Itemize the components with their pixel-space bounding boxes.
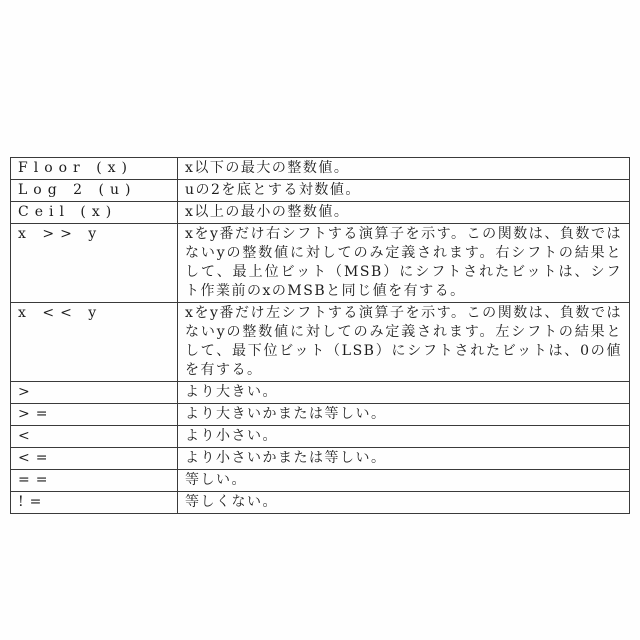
term-cell: > bbox=[11, 382, 178, 404]
definition-cell: x以下の最大の整数値。 bbox=[178, 158, 630, 180]
term-cell: < bbox=[11, 426, 178, 448]
term-cell: Log 2 (u) bbox=[11, 180, 178, 202]
table-row: x >> yxをy番だけ右シフトする演算子を示す。この関数は、負数ではないyの整… bbox=[11, 224, 630, 303]
term-cell: x << y bbox=[11, 303, 178, 382]
table-row: Ceil (x)x以上の最小の整数値。 bbox=[11, 202, 630, 224]
operator-definition-table: Floor (x)x以下の最大の整数値。Log 2 (u)uの2を底とする対数値… bbox=[10, 157, 630, 514]
term-cell: Ceil (x) bbox=[11, 202, 178, 224]
document-page: Floor (x)x以下の最大の整数値。Log 2 (u)uの2を底とする対数値… bbox=[0, 0, 640, 640]
table-row: >=より大きいかまたは等しい。 bbox=[11, 404, 630, 426]
table-row: !=等しくない。 bbox=[11, 492, 630, 514]
term-cell: >= bbox=[11, 404, 178, 426]
table-row: x << yxをy番だけ左シフトする演算子を示す。この関数は、負数ではないyの整… bbox=[11, 303, 630, 382]
definition-cell: より大きいかまたは等しい。 bbox=[178, 404, 630, 426]
table-row: ==等しい。 bbox=[11, 470, 630, 492]
operator-definition-table-body: Floor (x)x以下の最大の整数値。Log 2 (u)uの2を底とする対数値… bbox=[11, 158, 630, 514]
term-cell: == bbox=[11, 470, 178, 492]
definition-cell: 等しくない。 bbox=[178, 492, 630, 514]
term-cell: <= bbox=[11, 448, 178, 470]
table-row: Floor (x)x以下の最大の整数値。 bbox=[11, 158, 630, 180]
definition-cell: xをy番だけ左シフトする演算子を示す。この関数は、負数ではないyの整数値に対して… bbox=[178, 303, 630, 382]
definition-cell: uの2を底とする対数値。 bbox=[178, 180, 630, 202]
definition-cell: より小さい。 bbox=[178, 426, 630, 448]
definition-cell: より大きい。 bbox=[178, 382, 630, 404]
definition-cell: 等しい。 bbox=[178, 470, 630, 492]
term-cell: != bbox=[11, 492, 178, 514]
definition-cell: xをy番だけ右シフトする演算子を示す。この関数は、負数ではないyの整数値に対して… bbox=[178, 224, 630, 303]
table-row: >より大きい。 bbox=[11, 382, 630, 404]
term-cell: x >> y bbox=[11, 224, 178, 303]
definition-cell: より小さいかまたは等しい。 bbox=[178, 448, 630, 470]
definition-cell: x以上の最小の整数値。 bbox=[178, 202, 630, 224]
term-cell: Floor (x) bbox=[11, 158, 178, 180]
table-row: <より小さい。 bbox=[11, 426, 630, 448]
table-row: <=より小さいかまたは等しい。 bbox=[11, 448, 630, 470]
table-row: Log 2 (u)uの2を底とする対数値。 bbox=[11, 180, 630, 202]
